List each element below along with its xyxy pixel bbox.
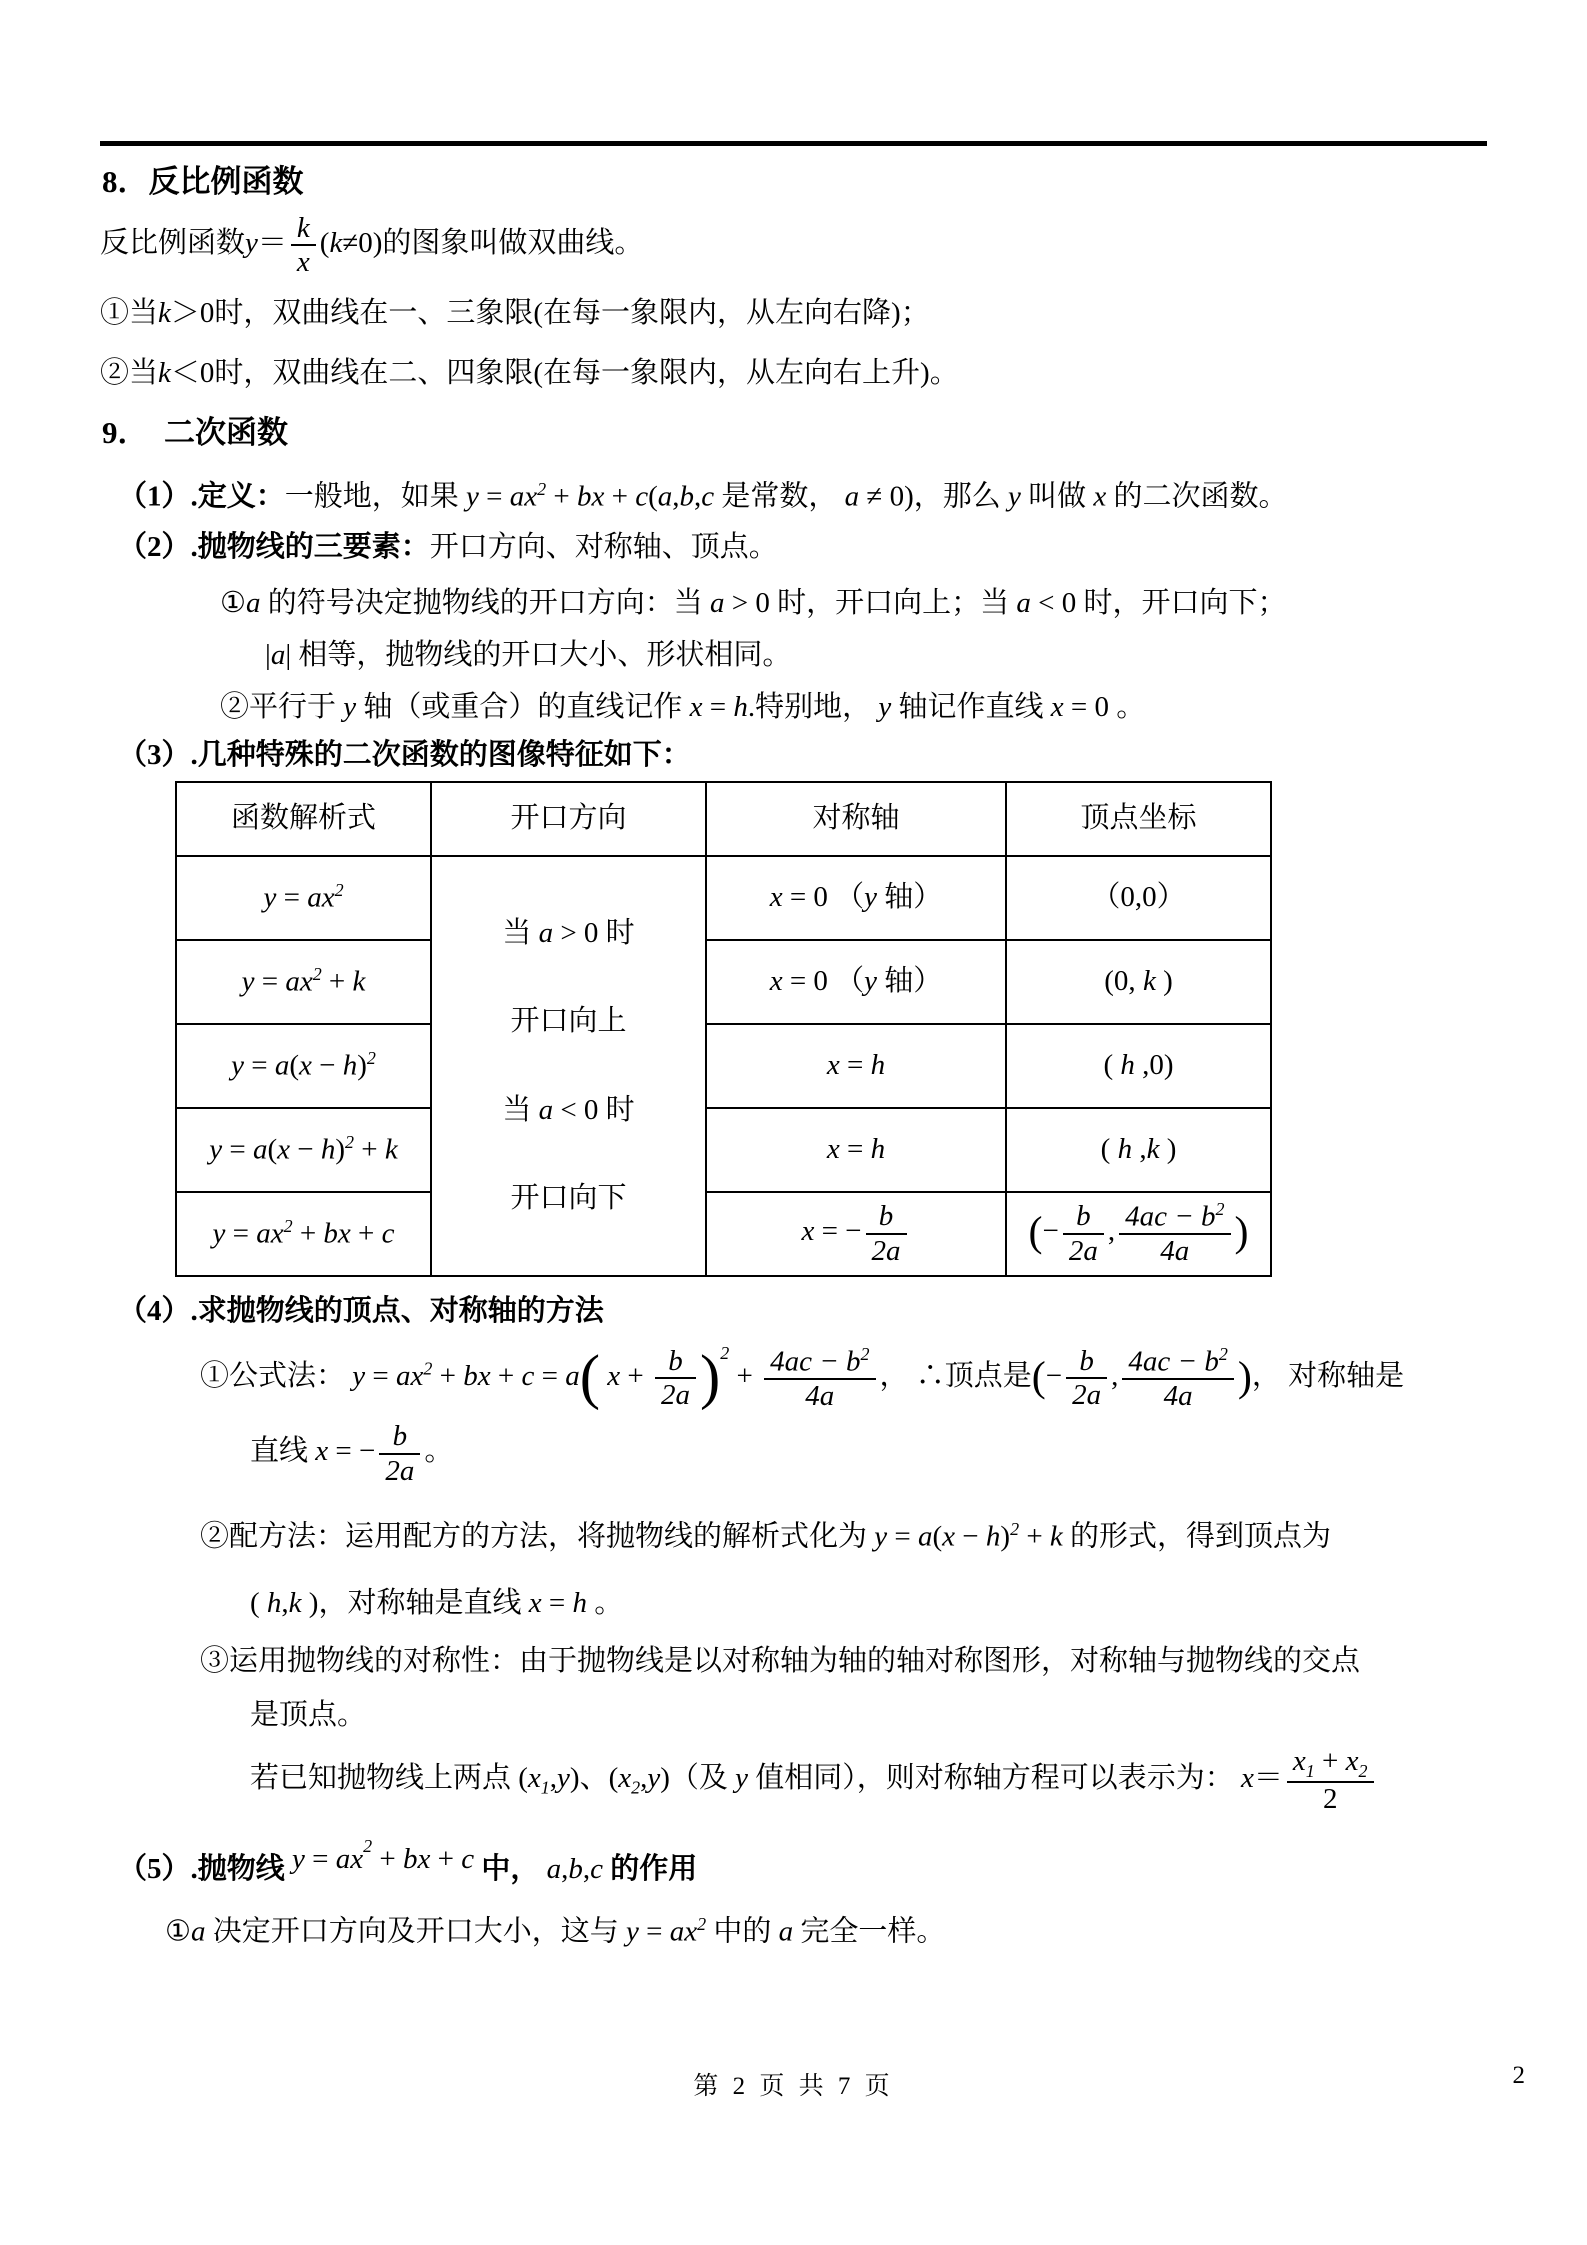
- text-segment: 2: [1359, 1761, 1368, 1781]
- direction-line: 开口向上: [510, 1003, 626, 1039]
- text-segment: ③运用抛物线的对称性：由于抛物线是以对称轴为轴的轴对称图形，对称轴与抛物线的交点: [200, 1645, 1360, 1677]
- text-segment: bx: [577, 481, 604, 513]
- text-segment: k: [289, 1587, 302, 1619]
- text-segment: =: [225, 1218, 256, 1250]
- text-segment: h: [733, 691, 748, 723]
- text-segment: +: [604, 481, 635, 513]
- text-segment: y: [557, 1762, 570, 1794]
- direction-line: 开口向下: [510, 1180, 626, 1216]
- text-segment: = −: [328, 1435, 375, 1467]
- text-segment: ,0): [1135, 1049, 1174, 1081]
- text-segment: | 相等，抛物线的开口大小、形状相同。: [285, 639, 791, 671]
- text-segment: 2a: [1069, 1235, 1098, 1267]
- text-segment: h: [871, 1049, 886, 1081]
- text-segment: = −: [814, 1215, 861, 1247]
- text-segment: 。: [587, 1587, 623, 1619]
- text-segment: (: [1028, 1210, 1042, 1256]
- three-elements-line: （2）.抛物线的三要素：开口方向、对称轴、顶点。: [118, 527, 1487, 567]
- text-segment: 反比例函数: [100, 227, 245, 259]
- text-segment: +: [1315, 1745, 1346, 1777]
- text-segment: ①: [220, 587, 246, 619]
- section-8-intro: 反比例函数y＝kx(k≠0)的图象叫做双曲线。: [100, 212, 1487, 279]
- text-segment: (: [933, 1521, 943, 1553]
- text-segment: ①当: [100, 297, 158, 329]
- section-9-heading: 9． 二次函数: [102, 413, 1487, 453]
- text-segment: (: [320, 227, 330, 259]
- cell-vertex: ( h ,0): [1006, 1024, 1271, 1108]
- page-content: 8．反比例函数 反比例函数y＝kx(k≠0)的图象叫做双曲线。 ①当k＞0时，双…: [0, 141, 1587, 1952]
- text-segment: a: [710, 587, 725, 619]
- text-segment: 的形式，得到顶点为: [1063, 1521, 1331, 1553]
- text-segment: 2: [1010, 1519, 1019, 1539]
- text-segment: =: [479, 481, 510, 513]
- text-segment: y: [242, 966, 255, 998]
- text-segment: b: [1079, 1345, 1094, 1377]
- text-segment: a: [271, 639, 286, 671]
- text-segment: ≠ 0)，那么: [859, 481, 1008, 513]
- text-segment: 2: [537, 479, 546, 499]
- text-segment: y: [1008, 481, 1021, 513]
- text-segment: = 0 （: [783, 881, 865, 913]
- text-segment: b: [668, 1345, 683, 1377]
- text-segment: =: [840, 1049, 871, 1081]
- text-segment: y: [864, 881, 877, 913]
- text-segment: ＜0时，双曲线在二、四象限(在每一象限内，从左向右上升)。: [171, 357, 959, 389]
- text-segment: +: [729, 1360, 760, 1392]
- text-segment: ): [1235, 1210, 1249, 1256]
- text-segment: 2: [861, 1344, 870, 1364]
- text-segment: x: [827, 1133, 840, 1165]
- cell-expression: y = ax2 + bx + c: [176, 1192, 431, 1276]
- text-segment: 2a: [1072, 1379, 1101, 1411]
- text-segment: x: [801, 1215, 814, 1247]
- text-segment: x: [277, 1134, 290, 1166]
- text-segment: ， ∴顶点是: [880, 1360, 1032, 1392]
- text-segment: +: [430, 1843, 461, 1875]
- text-segment: ②当: [100, 357, 158, 389]
- text-segment: 直线: [250, 1435, 315, 1467]
- text-segment: −: [1042, 1215, 1058, 1247]
- text-segment: a: [918, 1521, 933, 1553]
- completing-square-line-2: ( h,k )，对称轴是直线 x = h 。: [250, 1583, 1487, 1623]
- text-segment: ax: [307, 882, 334, 914]
- text-segment: 2: [313, 964, 322, 984]
- text-segment: a: [539, 917, 554, 949]
- text-segment: 的作用: [603, 1853, 697, 1885]
- text-segment: 2a: [661, 1379, 690, 1411]
- text-segment: ax: [285, 966, 312, 998]
- text-segment: 的符号决定抛物线的开口方向：当: [261, 587, 711, 619]
- text-segment: a: [275, 1050, 290, 1082]
- axis-parallel-item: ②平行于 y 轴（或重合）的直线记作 x = h.特别地， y 轴记作直线 x …: [220, 687, 1487, 727]
- fraction: b2a: [866, 1200, 907, 1267]
- text-segment: h: [321, 1134, 336, 1166]
- text-segment: 轴记作直线: [891, 691, 1051, 723]
- text-segment: 2: [720, 1343, 729, 1363]
- cell-axis: x = 0 （y 轴）: [706, 856, 1006, 940]
- fraction: 4ac − b24a: [1119, 1199, 1230, 1268]
- page-number: 2: [1513, 2062, 1526, 2090]
- text-segment: =: [703, 691, 734, 723]
- text-segment: （5）.抛物线: [118, 1853, 292, 1885]
- text-segment: x: [827, 1049, 840, 1081]
- text-segment: y: [647, 1762, 660, 1794]
- text-segment: bx: [323, 1218, 350, 1250]
- text-segment: +: [620, 1360, 651, 1392]
- text-segment: (: [1103, 1049, 1120, 1081]
- text-segment: =: [542, 1587, 573, 1619]
- text-segment: y: [231, 1050, 244, 1082]
- symmetry-method-line-2: 是顶点。: [250, 1695, 1487, 1735]
- text-segment: (: [1032, 1354, 1046, 1400]
- text-segment: 当: [502, 917, 538, 949]
- text-segment: 的二次函数。: [1106, 481, 1287, 513]
- text-segment: ,: [1108, 1215, 1115, 1247]
- text-segment: （1）.定义：: [118, 481, 285, 513]
- text-segment: 2: [1219, 1344, 1228, 1364]
- text-segment: x: [600, 1360, 620, 1392]
- text-segment: 4ac − b: [1128, 1345, 1218, 1377]
- text-segment: y: [263, 882, 276, 914]
- text-segment: ,: [1132, 1133, 1147, 1165]
- text-segment: a: [253, 1134, 268, 1166]
- text-segment: x: [770, 881, 783, 913]
- text-segment: k: [385, 1134, 398, 1166]
- text-segment: h: [871, 1133, 886, 1165]
- special-forms-heading: （3）.几种特殊的二次函数的图像特征如下：: [118, 735, 1487, 775]
- text-segment: y: [466, 481, 479, 513]
- text-segment: =: [840, 1133, 871, 1165]
- text-segment: ， 对称轴是: [1252, 1360, 1404, 1392]
- text-segment: x: [1093, 481, 1106, 513]
- text-segment: =: [276, 882, 307, 914]
- text-segment: a: [539, 1094, 554, 1126]
- symmetry-method-line: ③运用抛物线的对称性：由于抛物线是以对称轴为轴的轴对称图形，对称轴与抛物线的交点: [200, 1641, 1487, 1681]
- text-segment: 决定开口方向及开口大小，这与: [206, 1916, 627, 1948]
- text-segment: 2: [363, 1836, 372, 1856]
- text-segment: 2: [1323, 1783, 1338, 1815]
- header-vertex: 顶点坐标: [1006, 782, 1271, 856]
- text-segment: c: [461, 1843, 474, 1875]
- text-segment: c: [635, 481, 648, 513]
- text-segment: b: [393, 1420, 408, 1452]
- text-segment: 完全一样。: [793, 1916, 945, 1948]
- text-segment: 1: [1306, 1761, 1315, 1781]
- formula-method-line: ①公式法： y = ax2 + bx + c = a( x + b2a)2 + …: [200, 1343, 1487, 1413]
- header-direction: 开口方向: [431, 782, 706, 856]
- cell-direction-merged: 当 a > 0 时 开口向上 当 a < 0 时 开口向下: [431, 856, 706, 1276]
- text-segment: 。: [424, 1435, 453, 1467]
- text-segment: k: [353, 966, 366, 998]
- text-segment: < 0 时: [553, 1094, 635, 1126]
- text-segment: +: [432, 1360, 463, 1392]
- text-segment: a: [565, 1360, 580, 1392]
- text-segment: ,: [583, 1853, 590, 1885]
- text-segment: ①公式法：: [200, 1360, 352, 1392]
- text-segment: =: [305, 1843, 336, 1875]
- text-segment: y: [292, 1843, 305, 1875]
- text-segment: c: [590, 1853, 603, 1885]
- text-segment: =: [639, 1916, 670, 1948]
- header-axis: 对称轴: [706, 782, 1006, 856]
- text-segment: +: [1019, 1521, 1050, 1553]
- text-segment: = 0 。: [1064, 691, 1146, 723]
- text-segment: a: [658, 481, 673, 513]
- fraction: 4ac − b24a: [764, 1344, 875, 1413]
- text-segment: y: [352, 1360, 365, 1392]
- text-segment: （3）.几种特殊的二次函数的图像特征如下：: [118, 739, 691, 771]
- text-segment: 2: [367, 1048, 376, 1068]
- text-segment: k: [1147, 1133, 1160, 1165]
- table-row: y = ax2 + k x = 0 （y 轴） (0, k ): [176, 940, 1271, 1024]
- text-segment: y: [212, 1218, 225, 1250]
- text-segment: x: [1051, 691, 1064, 723]
- text-segment: ax: [256, 1218, 283, 1250]
- text-segment: k: [158, 297, 171, 329]
- text-segment: +: [322, 966, 353, 998]
- direction-lines: 当 a > 0 时 开口向上 当 a < 0 时 开口向下: [433, 915, 704, 1216]
- text-segment: ): [335, 1134, 345, 1166]
- text-segment: x: [315, 1435, 328, 1467]
- text-segment: 若已知抛物线上两点 (: [250, 1762, 528, 1794]
- section-8-item-2: ②当k＜0时，双曲线在二、四象限(在每一象限内，从左向右上升)。: [100, 353, 1487, 393]
- opening-direction-item: ①a 的符号决定抛物线的开口方向：当 a > 0 时，开口向上；当 a < 0 …: [220, 583, 1487, 623]
- text-segment: 2: [697, 1914, 706, 1934]
- text-segment: ≠0)的图象叫做双曲线。: [342, 227, 643, 259]
- text-segment: b: [680, 481, 695, 513]
- text-segment: 开口向上: [510, 1005, 626, 1037]
- text-segment: h: [343, 1050, 358, 1082]
- text-segment: （2）.抛物线的三要素：: [118, 531, 430, 563]
- symmetry-method-line-3: 若已知抛物线上两点 (x1,y)、(x2,y)（及 y 值相同），则对称轴方程可…: [250, 1745, 1487, 1815]
- text-segment: a: [779, 1916, 794, 1948]
- text-segment: =: [254, 966, 285, 998]
- text-segment: ,: [1111, 1360, 1118, 1392]
- text-segment: > 0 时，开口向上；当: [725, 587, 1017, 619]
- text-segment: 是常数，: [714, 481, 845, 513]
- text-segment: 轴）: [877, 881, 942, 913]
- text-segment: 轴）: [877, 965, 942, 997]
- text-segment: c: [701, 481, 714, 513]
- fraction: b2a: [379, 1420, 420, 1487]
- text-segment: 1: [541, 1778, 550, 1798]
- text-segment: y: [874, 1521, 887, 1553]
- text-segment: 中的: [706, 1916, 779, 1948]
- text-segment: y: [864, 965, 877, 997]
- text-segment: k: [1143, 965, 1156, 997]
- text-segment: h: [1120, 1049, 1135, 1081]
- text-segment: 开口方向、对称轴、顶点。: [430, 531, 778, 563]
- text-segment: c: [382, 1218, 395, 1250]
- text-segment: 4a: [805, 1380, 834, 1412]
- text-segment: x: [529, 1587, 542, 1619]
- text-segment: .特别地，: [748, 691, 879, 723]
- text-segment: ②平行于: [220, 691, 343, 723]
- text-segment: 一般地，如果: [285, 481, 466, 513]
- text-segment: k: [297, 212, 310, 244]
- quadratic-forms-table: 函数解析式 开口方向 对称轴 顶点坐标 y = ax2 当 a > 0 时 开口…: [175, 781, 1272, 1277]
- text-segment: k: [329, 227, 342, 259]
- text-segment: +: [491, 1360, 522, 1392]
- text-segment: =: [534, 1360, 565, 1392]
- text-segment: y: [209, 1134, 222, 1166]
- text-segment: a: [1016, 587, 1031, 619]
- text-segment: x: [690, 691, 703, 723]
- text-segment: ＞0时，双曲线在一、三象限(在每一象限内，从左向右降)；: [171, 297, 930, 329]
- text-segment: 2: [284, 1216, 293, 1236]
- text-segment: c: [521, 1360, 534, 1392]
- text-segment: ②配方法：运用配方的方法，将抛物线的解析式化为: [200, 1521, 874, 1553]
- text-segment: x: [528, 1762, 541, 1794]
- text-segment: a: [191, 1916, 206, 1948]
- text-segment: +: [354, 1134, 385, 1166]
- text-segment: 叫做: [1021, 481, 1094, 513]
- cell-vertex: (0, k ): [1006, 940, 1271, 1024]
- cell-expression: y = a(x − h)2: [176, 1024, 431, 1108]
- text-segment: 2a: [385, 1455, 414, 1487]
- text-segment: 值相同），则对称轴方程可以表示为：: [748, 1762, 1241, 1794]
- text-segment: （4）.求抛物线的顶点、对称轴的方法: [118, 1295, 604, 1327]
- cell-vertex: ( h ,k ): [1006, 1108, 1271, 1192]
- text-segment: x: [299, 1050, 312, 1082]
- text-segment: 2: [423, 1358, 432, 1378]
- text-segment: a: [547, 1853, 562, 1885]
- text-segment: ＝: [258, 227, 287, 259]
- text-segment: −: [1046, 1360, 1062, 1392]
- text-segment: （0,0）: [1091, 881, 1185, 913]
- text-segment: )，对称轴是直线: [302, 1587, 529, 1619]
- text-segment: 4ac − b: [1125, 1201, 1215, 1233]
- text-segment: h: [986, 1521, 1001, 1553]
- text-segment: ,: [281, 1587, 288, 1619]
- text-segment: (: [580, 1344, 600, 1411]
- table-row: y = a(x − h)2 x = h ( h ,0): [176, 1024, 1271, 1108]
- text-segment: y: [735, 1762, 748, 1794]
- table-row: y = ax2 + bx + c x = −b2a (−b2a,4ac − b2…: [176, 1192, 1271, 1276]
- text-segment: ax: [396, 1360, 423, 1392]
- text-segment: b: [879, 1200, 894, 1232]
- text-segment: 4a: [1164, 1380, 1193, 1412]
- text-segment: bx: [403, 1843, 430, 1875]
- text-segment: +: [293, 1218, 324, 1250]
- text-segment: ): [1238, 1354, 1252, 1400]
- text-segment: ax: [510, 481, 537, 513]
- text-segment: 2: [1216, 1199, 1225, 1219]
- text-segment: h: [267, 1587, 282, 1619]
- text-segment: x: [1293, 1745, 1306, 1777]
- direction-line: 当 a < 0 时: [502, 1092, 634, 1128]
- text-segment: h: [572, 1587, 587, 1619]
- vertex-method-heading: （4）.求抛物线的顶点、对称轴的方法: [118, 1291, 1487, 1331]
- text-segment: =: [244, 1050, 275, 1082]
- cell-vertex: (−b2a,4ac − b24a): [1006, 1192, 1271, 1276]
- text-segment: x: [297, 246, 310, 278]
- text-segment: (: [250, 1587, 267, 1619]
- fraction: b2a: [655, 1345, 696, 1412]
- text-segment: (: [1101, 1133, 1118, 1165]
- fraction: kx: [291, 212, 316, 279]
- table-row: y = ax2 当 a > 0 时 开口向上 当 a < 0 时 开口向下 x …: [176, 856, 1271, 940]
- text-segment: 2a: [872, 1235, 901, 1267]
- text-segment: +: [546, 481, 577, 513]
- text-segment: ,: [550, 1762, 557, 1794]
- table-header-row: 函数解析式 开口方向 对称轴 顶点坐标: [176, 782, 1271, 856]
- text-segment: =: [222, 1134, 253, 1166]
- text-segment: ①: [165, 1916, 191, 1948]
- text-segment: 4a: [1160, 1235, 1189, 1267]
- section-8-heading: 8．反比例函数: [102, 162, 1487, 202]
- text-segment: −: [955, 1521, 986, 1553]
- text-segment: 2: [345, 1132, 354, 1152]
- definition-line: （1）.定义：一般地，如果 y = ax2 + bx + c(a,b,c 是常数…: [118, 469, 1487, 517]
- text-segment: −: [290, 1134, 321, 1166]
- cell-expression: y = ax2: [176, 856, 431, 940]
- text-segment: ): [700, 1344, 720, 1411]
- section-8-item-1: ①当k＞0时，双曲线在一、三象限(在每一象限内，从左向右降)；: [100, 293, 1487, 333]
- cell-expression: y = a(x − h)2 + k: [176, 1108, 431, 1192]
- text-segment: ): [1156, 965, 1173, 997]
- document-page: 8．反比例函数 反比例函数y＝kx(k≠0)的图象叫做双曲线。 ①当k＞0时，双…: [0, 0, 1587, 2245]
- cell-axis: x = 0 （y 轴）: [706, 940, 1006, 1024]
- text-segment: ): [357, 1050, 367, 1082]
- text-segment: ax: [670, 1916, 697, 1948]
- direction-line: 当 a > 0 时: [502, 915, 634, 951]
- cell-vertex: （0,0）: [1006, 856, 1271, 940]
- text-segment: +: [351, 1218, 382, 1250]
- text-segment: x: [1241, 1762, 1254, 1794]
- text-segment: k: [1050, 1521, 1063, 1553]
- text-segment: ,: [672, 481, 679, 513]
- text-segment: ): [1000, 1521, 1010, 1553]
- cell-axis: x = h: [706, 1024, 1006, 1108]
- text-segment: )（及: [660, 1762, 735, 1794]
- text-segment: < 0 时，开口向下；: [1031, 587, 1287, 619]
- text-segment: y: [245, 227, 258, 259]
- text-segment: )、(: [570, 1762, 618, 1794]
- text-segment: 中，: [474, 1853, 547, 1885]
- cell-expression: y = ax2 + k: [176, 940, 431, 1024]
- cell-axis: x = −b2a: [706, 1192, 1006, 1276]
- text-segment: ): [1159, 1133, 1176, 1165]
- text-segment: 是顶点。: [250, 1699, 366, 1731]
- text-segment: bx: [463, 1360, 490, 1392]
- text-segment: (: [648, 481, 658, 513]
- abc-role-heading: （5）.抛物线 y = ax2 + bx + c 中， a,b,c 的作用: [118, 1823, 1487, 1892]
- fraction: b2a: [1066, 1345, 1107, 1412]
- text-segment: ax: [336, 1843, 363, 1875]
- text-segment: (: [267, 1134, 277, 1166]
- text-segment: =: [887, 1521, 918, 1553]
- text-segment: 当: [502, 1094, 538, 1126]
- fraction: b2a: [1063, 1200, 1104, 1267]
- text-segment: 2: [335, 880, 344, 900]
- cell-axis: x = h: [706, 1108, 1006, 1192]
- text-segment: x: [618, 1762, 631, 1794]
- text-segment: 4ac − b: [770, 1345, 860, 1377]
- text-segment: = 0 （: [783, 965, 865, 997]
- abs-a-equal-line: |a| 相等，抛物线的开口大小、形状相同。: [265, 635, 1487, 675]
- text-segment: 轴（或重合）的直线记作: [356, 691, 690, 723]
- text-segment: =: [365, 1360, 396, 1392]
- text-segment: y: [878, 691, 891, 723]
- text-segment: y: [343, 691, 356, 723]
- header-expression: 函数解析式: [176, 782, 431, 856]
- text-segment: x: [1346, 1745, 1359, 1777]
- text-segment: b: [568, 1853, 583, 1885]
- fraction: x1 + x22: [1287, 1745, 1374, 1815]
- completing-square-line: ②配方法：运用配方的方法，将抛物线的解析式化为 y = a(x − h)2 + …: [200, 1509, 1487, 1557]
- text-segment: x: [770, 965, 783, 997]
